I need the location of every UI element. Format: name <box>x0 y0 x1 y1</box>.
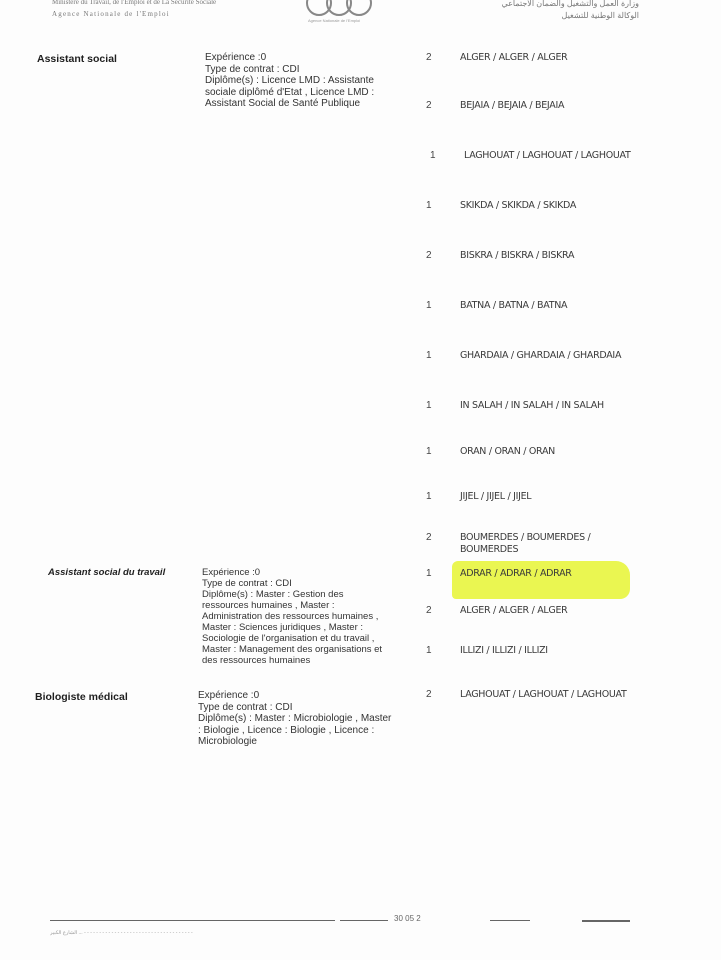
header-right: وزارة العمل والتشغيل والضمان الاجتماعي ا… <box>501 0 639 22</box>
position-location: LAGHOUAT / LAGHOUAT / LAGHOUAT <box>460 689 650 701</box>
position-location: IN SALAH / IN SALAH / IN SALAH <box>460 400 650 412</box>
footer-stamp: 30 05 2 <box>394 914 421 923</box>
position-location: ILLIZI / ILLIZI / ILLIZI <box>460 645 650 657</box>
job-title: Assistant social du travail <box>48 567 165 578</box>
position-row: 2LAGHOUAT / LAGHOUAT / LAGHOUAT <box>420 689 650 701</box>
job-title: Biologiste médical <box>35 691 128 703</box>
position-row: 1ORAN / ORAN / ORAN <box>420 446 650 458</box>
header-left: Ministère du Travail, de l'Emploi et de … <box>52 0 216 20</box>
job-experience: Expérience :0 <box>202 567 392 578</box>
position-count: 2 <box>420 532 460 543</box>
position-location: BOUMERDES / BOUMERDES / BOUMERDES <box>460 532 650 556</box>
job-experience: Expérience :0 <box>205 52 400 64</box>
job-contract-type: Type de contrat : CDI <box>205 64 400 76</box>
position-row: 1ADRAR / ADRAR / ADRAR <box>420 568 650 580</box>
position-count: 1 <box>420 300 460 311</box>
position-location: GHARDAIA / GHARDAIA / GHARDAIA <box>460 350 650 362</box>
agency-name: Agence Nationale de l'Emploi <box>52 8 216 20</box>
position-count: 1 <box>420 446 460 457</box>
footer-divider <box>340 920 388 921</box>
job-diplomas: Diplôme(s) : Master : Microbiologie , Ma… <box>198 713 393 748</box>
position-row: 2BEJAIA / BEJAIA / BEJAIA <box>420 100 650 112</box>
position-count: 1 <box>424 150 464 161</box>
position-count: 2 <box>420 689 460 700</box>
logo-caption: Agence Nationale de l'Emploi <box>308 18 360 23</box>
footer-divider <box>582 920 630 922</box>
position-row: 1LAGHOUAT / LAGHOUAT / LAGHOUAT <box>424 150 654 162</box>
position-location: ORAN / ORAN / ORAN <box>460 446 650 458</box>
position-count: 1 <box>420 400 460 411</box>
logo-ring-icon <box>346 0 372 16</box>
position-count: 2 <box>420 250 460 261</box>
job-details: Expérience :0 Type de contrat : CDI Dipl… <box>198 690 393 748</box>
position-location: ALGER / ALGER / ALGER <box>460 52 650 64</box>
position-row: 1JIJEL / JIJEL / JIJEL <box>420 491 650 503</box>
position-count: 2 <box>420 100 460 111</box>
job-title: Assistant social <box>37 53 117 65</box>
footer-address: الشارع الكبير ... - - - - - - - - - - - … <box>50 930 630 936</box>
position-row: 1GHARDAIA / GHARDAIA / GHARDAIA <box>420 350 650 362</box>
footer-divider <box>490 920 530 921</box>
footer-divider <box>50 920 335 921</box>
position-count: 1 <box>420 350 460 361</box>
position-location: ALGER / ALGER / ALGER <box>460 605 650 617</box>
position-count: 1 <box>420 645 460 656</box>
job-details: Expérience :0 Type de contrat : CDI Dipl… <box>202 567 392 666</box>
agency-name-arabic: الوكالة الوطنية للتشغيل <box>501 10 639 22</box>
agency-logo: Agence Nationale de l'Emploi <box>300 0 380 36</box>
position-location: JIJEL / JIJEL / JIJEL <box>460 491 650 503</box>
ministry-name-arabic: وزارة العمل والتشغيل والضمان الاجتماعي <box>501 0 639 10</box>
ministry-name: Ministère du Travail, de l'Emploi et de … <box>52 0 216 8</box>
highlighter-mark <box>452 561 630 599</box>
position-location: LAGHOUAT / LAGHOUAT / LAGHOUAT <box>464 150 654 162</box>
position-count: 2 <box>420 52 460 63</box>
job-details: Expérience :0 Type de contrat : CDI Dipl… <box>205 52 400 110</box>
position-count: 1 <box>420 568 460 579</box>
position-row: 1ILLIZI / ILLIZI / ILLIZI <box>420 645 650 657</box>
position-row: 1SKIKDA / SKIKDA / SKIKDA <box>420 200 650 212</box>
position-row: 2BOUMERDES / BOUMERDES / BOUMERDES <box>420 532 650 556</box>
job-diplomas: Diplôme(s) : Licence LMD : Assistante so… <box>205 75 400 110</box>
position-row: 2BISKRA / BISKRA / BISKRA <box>420 250 650 262</box>
position-location: BEJAIA / BEJAIA / BEJAIA <box>460 100 650 112</box>
position-count: 1 <box>420 491 460 502</box>
position-row: 1BATNA / BATNA / BATNA <box>420 300 650 312</box>
job-contract-type: Type de contrat : CDI <box>198 702 393 714</box>
position-location: ADRAR / ADRAR / ADRAR <box>460 568 650 580</box>
position-count: 2 <box>420 605 460 616</box>
job-experience: Expérience :0 <box>198 690 393 702</box>
position-row: 2ALGER / ALGER / ALGER <box>420 52 650 64</box>
job-contract-type: Type de contrat : CDI <box>202 578 392 589</box>
position-location: BISKRA / BISKRA / BISKRA <box>460 250 650 262</box>
position-row: 2ALGER / ALGER / ALGER <box>420 605 650 617</box>
position-location: BATNA / BATNA / BATNA <box>460 300 650 312</box>
job-diplomas: Diplôme(s) : Master : Gestion des ressou… <box>202 589 392 666</box>
position-count: 1 <box>420 200 460 211</box>
position-row: 1IN SALAH / IN SALAH / IN SALAH <box>420 400 650 412</box>
position-location: SKIKDA / SKIKDA / SKIKDA <box>460 200 650 212</box>
